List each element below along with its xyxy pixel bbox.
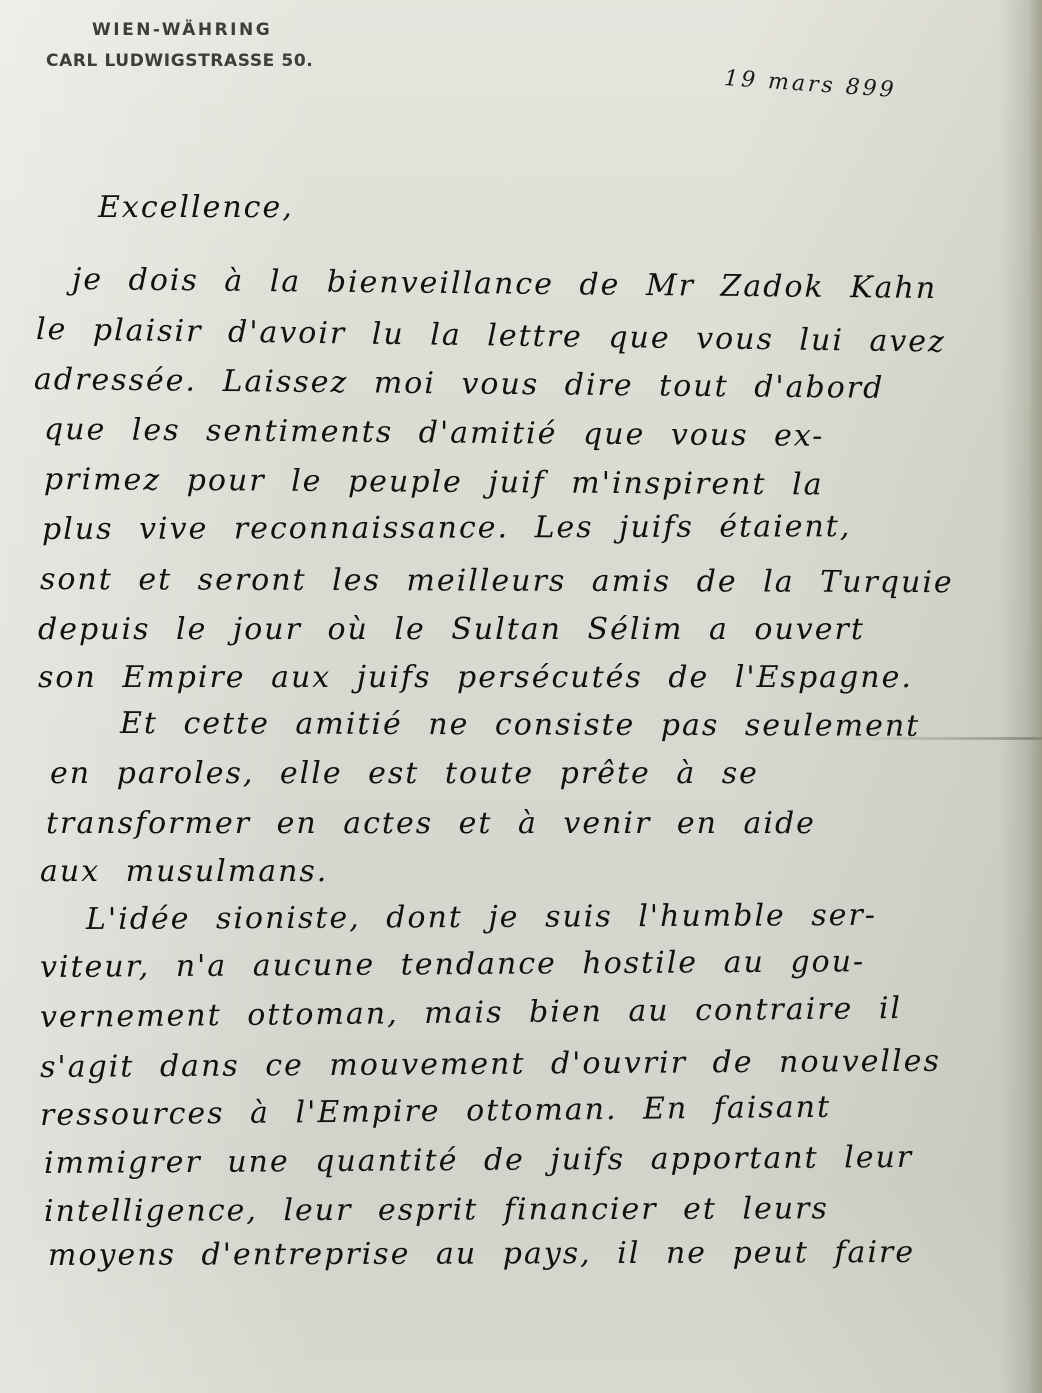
letter-line: L'idée sioniste, dont je suis l'humble s… [86,898,877,937]
letter-line: le plaisir d'avoir lu la lettre que vous… [36,312,946,360]
letter-line: vernement ottoman, mais bien au contrair… [40,991,902,1035]
letter-line: en paroles, elle est toute prête à se [50,756,759,791]
letter-line: depuis le jour où le Sultan Sélim a ouve… [38,612,865,647]
letter-line: moyens d'entreprise au pays, il ne peut … [48,1235,915,1273]
letter-line: sont et seront les meilleurs amis de la … [40,562,954,600]
letter-line: aux musulmans. [40,854,328,889]
letter-line: Et cette amitié ne consiste pas seulemen… [120,706,920,744]
letter-line: viteur, n'a aucune tendance hostile au g… [40,944,865,985]
letter-date: 19 mars 899 [723,66,897,103]
letter-page: WIEN-WÄHRING CARL LUDWIGSTRASSE 50. 19 m… [0,0,1042,1393]
letter-line: ressources à l'Empire ottoman. En faisan… [40,1090,831,1133]
letterhead: WIEN-WÄHRING CARL LUDWIGSTRASSE 50. [46,22,313,70]
letter-line: transformer en actes et à venir en aide [46,806,816,841]
letter-line: intelligence, leur esprit financier et l… [44,1191,829,1229]
letter-line: je dois à la bienveillance de Mr Zadok K… [72,262,938,306]
salutation: Excellence, [98,190,294,225]
letter-line: son Empire aux juifs persécutés de l'Esp… [38,660,913,695]
paper-fold-mark [840,737,1042,740]
letter-line: adressée. Laissez moi vous dire tout d'a… [34,362,885,406]
letter-line: s'agit dans ce mouvement d'ouvrir de nou… [40,1044,941,1085]
letter-line: primez pour le peuple juif m'inspirent l… [44,462,824,502]
letter-line: que les sentiments d'amitié que vous ex- [44,412,825,454]
letterhead-city: WIEN-WÄHRING [92,22,313,39]
letter-line: immigrer une quantité de juifs apportant… [44,1140,913,1181]
letter-line: plus vive reconnaissance. Les juifs étai… [42,509,851,547]
letterhead-street: CARL LUDWIGSTRASSE 50. [46,53,313,70]
